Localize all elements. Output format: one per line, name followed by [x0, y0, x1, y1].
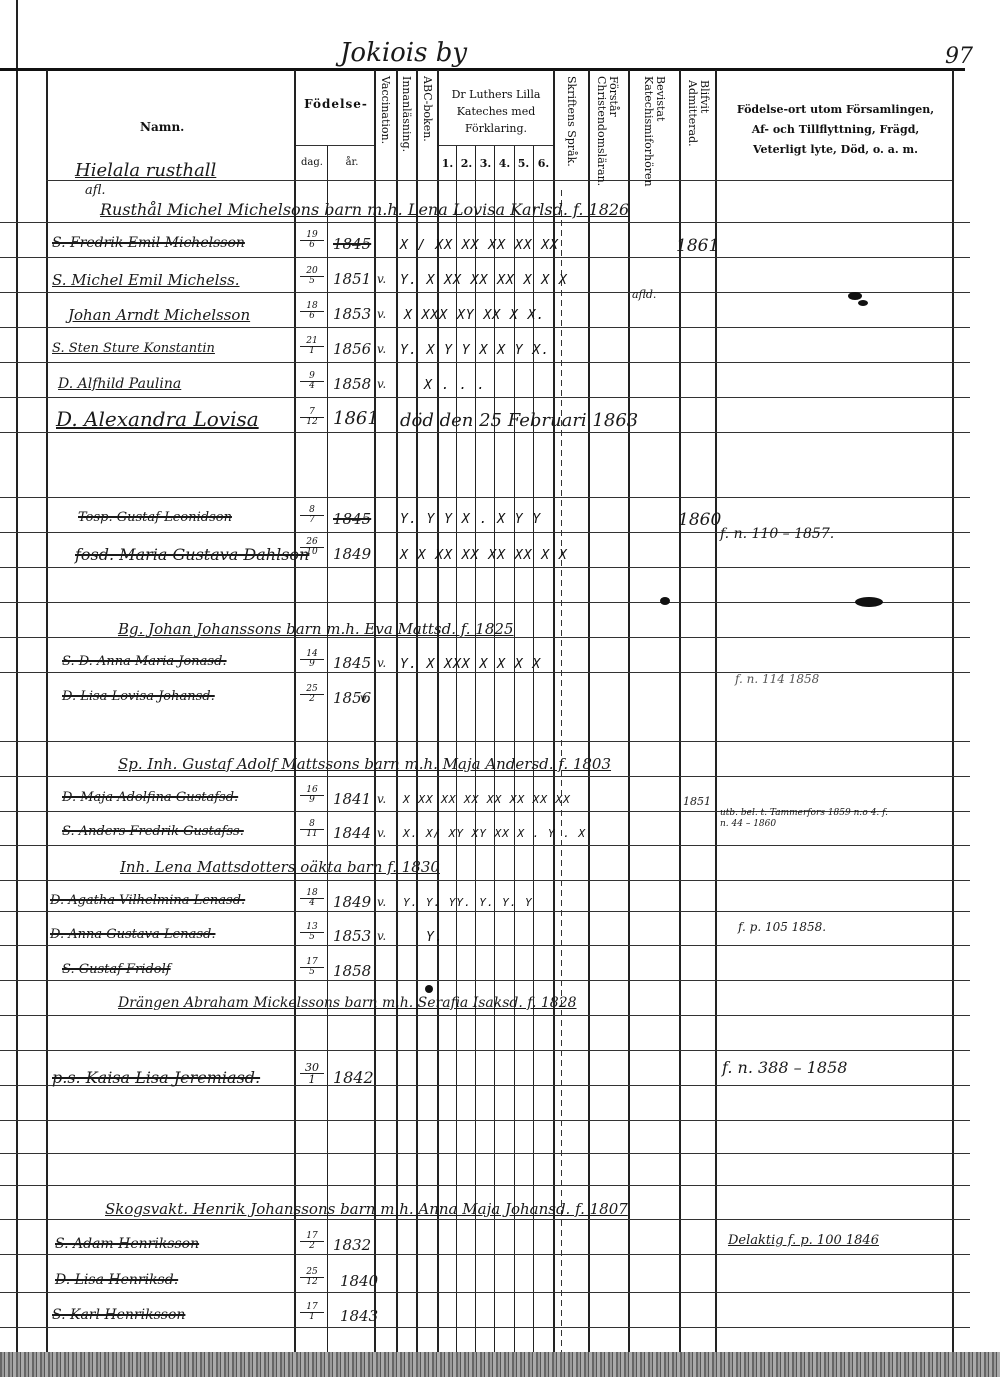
birth-year: 1845 [333, 654, 371, 672]
header-subrule [296, 145, 374, 146]
col-divider [396, 70, 398, 1352]
header-luther-5: 5. [515, 157, 532, 170]
birth-date: 172 [300, 1232, 324, 1251]
header-skriftens: Skriftens Språk. [565, 76, 577, 176]
header-blifvit: Blifvit Admitterad. [686, 80, 710, 170]
col-divider [553, 70, 555, 1352]
family-heading: Inh. Lena Mattsdotters oäkta barn f. 183… [120, 858, 440, 876]
person-name: S. Michel Emil Michelss. [52, 271, 240, 289]
person-name: S. Sten Sture Konstantin [52, 341, 215, 356]
header-remarks: Födelse-ort utom Församlingen, Af- och T… [728, 100, 943, 160]
birth-year: 1832 [333, 1236, 371, 1254]
header-bevistat: Bevistat Katechismiforhören [640, 76, 666, 176]
catechism-marks: X / XX XX XX XX XX [400, 238, 559, 253]
name-col-left [46, 70, 48, 1352]
birth-year: 1861 [333, 408, 379, 429]
catechism-marks: X. X/ XY XY XX X . Y . X [403, 827, 586, 840]
vaccination-mark: v. [377, 792, 386, 806]
remarks-note: f. p. 105 1858. [738, 920, 826, 934]
birth-year: 1845 [333, 510, 371, 528]
birth-date: 169 [300, 786, 324, 805]
birth-year: 1843 [340, 1307, 378, 1325]
person-name: D. Agatha Vilhelmina Lenasd. [50, 893, 245, 908]
header-luther-6: 6. [535, 157, 552, 170]
catechism-marks: Y. Y Y X . X Y Y [400, 512, 541, 527]
ink-blot [848, 292, 862, 300]
catechism-marks: X X XX XX XX XX X X [400, 548, 568, 563]
birth-year: 1853 [333, 305, 371, 323]
person-name: S. Anders Fredrik Gustafss. [62, 824, 244, 839]
birth-date: 171 [300, 1303, 324, 1322]
header-luther-1: 1. [439, 157, 456, 170]
family-heading: Skogsvakt. Henrik Johanssons barn m.h. A… [105, 1200, 628, 1218]
person-name: D. Lisa Henriksd. [55, 1272, 178, 1288]
birth-year: 1844 [333, 824, 371, 842]
remarks-note: Delaktig f. p. 100 1846 [728, 1233, 879, 1248]
birth-year: 1849 [333, 893, 371, 911]
col-divider [628, 70, 630, 1352]
status-note: afld. [632, 288, 656, 301]
birth-year: 1849 [333, 545, 371, 563]
birth-year: 1840 [340, 1272, 378, 1290]
birth-date: 712 [300, 408, 324, 427]
catechism-marks: Y. X XX XX XX X X X [400, 273, 568, 288]
col-divider [374, 70, 376, 1352]
header-forstar: Förstår Christendomsläran. [595, 76, 619, 176]
vaccination-mark: v. [377, 307, 386, 321]
birth-year: 1853 [333, 927, 371, 945]
birth-date: 196 [300, 231, 324, 250]
catechism-marks: Y. X XXX X X X X [400, 657, 541, 672]
place-title: Jokiois by [340, 38, 467, 68]
person-name: D. Alfhild Paulina [58, 376, 181, 392]
birth-date: 186 [300, 302, 324, 321]
person-name: D. Lisa Lovisa Johansd. [62, 689, 215, 704]
header-vaccination: Vaccination. [379, 76, 391, 166]
admitted-year: 1860 [678, 510, 721, 530]
birth-year: 1845 [333, 235, 371, 253]
col-right [952, 70, 954, 1352]
scan-edge [0, 1352, 1000, 1377]
vaccination-mark: v. [377, 342, 386, 356]
header-innanlasning: Innanläsning. [400, 76, 412, 166]
vaccination-mark: v. [377, 272, 386, 286]
death-note: död den 25 Februari 1863 [400, 410, 638, 431]
header-birth-year: år. [330, 157, 374, 168]
birth-year: 1856 [333, 340, 371, 358]
vaccination-mark: v. [377, 656, 386, 670]
remarks-note: f. n. 110 – 1857. [720, 526, 834, 542]
vaccination-mark: v. [377, 895, 386, 909]
header-subrule [439, 145, 553, 146]
col-divider [437, 70, 439, 1352]
person-name: D. Maja Adolfina Gustafsd. [62, 790, 238, 805]
family-heading: Sp. Inh. Gustaf Adolf Mattssons barn m.h… [118, 755, 611, 773]
birth-date: 135 [300, 923, 324, 942]
person-name: S. Gustaf Fridolf [62, 962, 171, 977]
person-name: D. Alexandra Lovisa [56, 407, 259, 431]
top-rule [0, 68, 965, 71]
family-heading: Rusthål Michel Michelsons barn m.h. Lena… [100, 200, 629, 219]
catechism-marks: Y. [426, 930, 444, 945]
birth-date: 301 [300, 1062, 324, 1085]
header-name: Namn. [140, 120, 184, 134]
section-title: Hielala rusthall [75, 160, 216, 181]
ink-blot [425, 985, 433, 993]
margin-line [16, 0, 18, 1360]
parish-register-page: Jokiois by 97 Namn. Födelse- dag. år. Va… [0, 0, 1000, 1377]
header-birth-day: dag. [297, 157, 327, 168]
birth-date: 184 [300, 889, 324, 908]
birth-date: 211 [300, 337, 324, 356]
birth-date: 87 [300, 506, 324, 525]
col-divider [679, 70, 681, 1352]
person-name: S. D. Anna Maria Jonasd. [62, 654, 227, 669]
family-heading: Bg. Johan Johanssons barn m.h. Eva Matts… [118, 620, 514, 638]
remarks-note: f. n. 114 1858 [735, 672, 819, 686]
catechism-marks: X . . . [424, 378, 486, 393]
header-luther-3: 3. [477, 157, 494, 170]
person-name: p.s. Kaisa Lisa Jeremiasd. [52, 1068, 260, 1087]
catechism-marks: X XXX XY XX X X. [404, 308, 545, 323]
birth-date: 149 [300, 650, 324, 669]
birth-date: 94 [300, 372, 324, 391]
person-name: S. Karl Henriksson [52, 1307, 185, 1323]
remarks-note: f. n. 388 – 1858 [722, 1058, 847, 1077]
birth-date: 2512 [300, 1268, 324, 1287]
admitted-year: 1861 [676, 236, 719, 256]
vaccination-mark: v. [377, 929, 386, 943]
vaccination-mark: v. [360, 691, 369, 705]
header-luther-4: 4. [496, 157, 513, 170]
birth-year: 1842 [333, 1068, 374, 1087]
person-name: D. Anna Gustava Lenasd. [50, 927, 215, 942]
col-divider [588, 70, 590, 1352]
catechism-marks: Y. X Y Y X X Y X. [400, 343, 550, 358]
birth-date: 205 [300, 267, 324, 286]
col-divider [416, 70, 418, 1352]
catechism-marks: Y. Y. YY. Y. Y. Y [403, 896, 533, 909]
vaccination-mark: v. [377, 377, 386, 391]
remarks-note: utb. bel. t. Tammerfors 1859 n:o 4. f. n… [720, 808, 890, 830]
family-prefix: afl. [85, 183, 106, 198]
birth-date: 811 [300, 820, 324, 839]
header-abc: ABC-boken. [421, 76, 433, 166]
birth-year: 1858 [333, 962, 371, 980]
family-heading: Drängen Abraham Mickelssons barn m.h. Se… [118, 995, 577, 1011]
col-divider [715, 70, 717, 1352]
header-luther-2: 2. [458, 157, 475, 170]
page-number: 97 [945, 44, 973, 69]
birth-date: 175 [300, 958, 324, 977]
person-name: fosd. Maria Gustava Dahlson [75, 545, 309, 564]
ink-blot [858, 300, 868, 306]
person-name: Johan Arndt Michelsson [68, 306, 250, 324]
col-divider [294, 70, 296, 1352]
person-name: Tosp. Gustaf Leonidson [78, 510, 232, 525]
admitted-year: 1851 [683, 795, 711, 808]
person-name: S. Fredrik Emil Michelsson [52, 235, 245, 251]
birth-year: 1858 [333, 375, 371, 393]
ink-blot [660, 597, 670, 605]
catechism-marks: X XX XX XX XX XX XX XX [403, 793, 571, 806]
birth-year: 1851 [333, 270, 371, 288]
birth-date: 2610 [300, 538, 324, 557]
header-luther: Dr Luthers Lilla Kateches med Förklaring… [441, 86, 551, 137]
person-name: S. Adam Henriksson [55, 1236, 199, 1252]
vaccination-mark: v. [377, 826, 386, 840]
birth-date: 252 [300, 685, 324, 704]
ink-blot [855, 597, 883, 607]
header-birth: Födelse- [300, 97, 372, 111]
birth-year: 1841 [333, 790, 371, 808]
